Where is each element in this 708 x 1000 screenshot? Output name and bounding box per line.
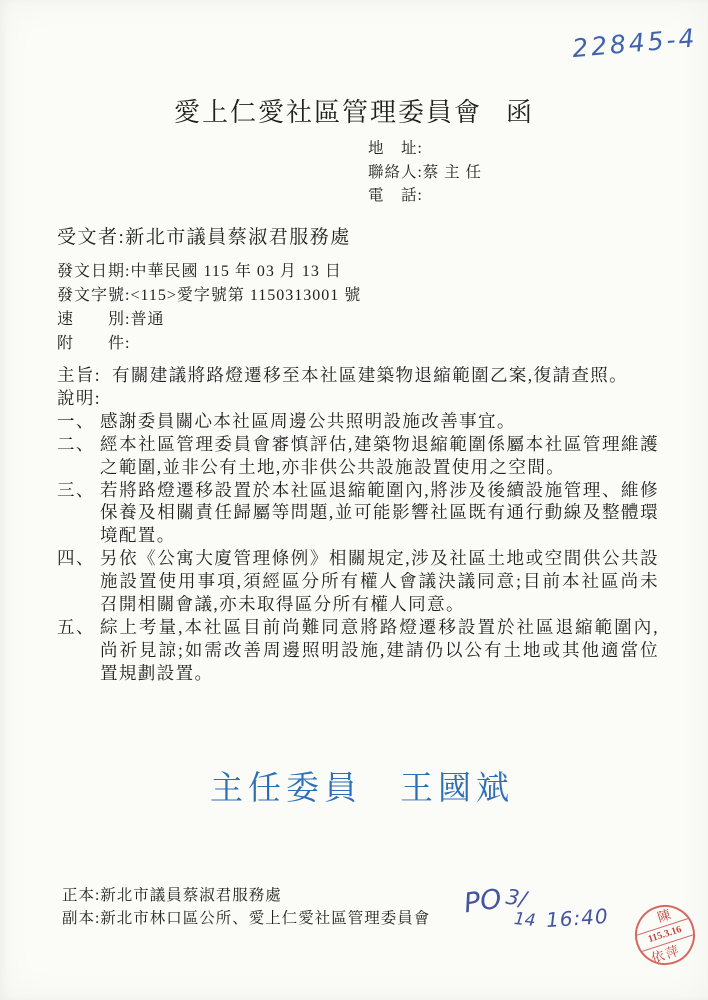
list-item: 四、 另依《公寓大廈管理條例》相關規定,涉及社區土地或空間供公共設施設置使用事項… bbox=[57, 547, 659, 616]
item-text: 綜上考量,本社區目前尚難同意將路燈遷移設置於社區退縮範圍內,尚祈見諒;如需改善周… bbox=[100, 616, 659, 685]
doc-number-line: 發文字號:<115>愛字號第 1150313001 號 bbox=[57, 284, 361, 308]
phone-line: 電 話: bbox=[368, 184, 482, 208]
handwritten-ref-number: 22845-4 bbox=[571, 22, 708, 63]
handwritten-receive-note: PO 3/ 14 16:40 bbox=[462, 884, 612, 959]
subject-text: 有關建議將路燈遷移至本社區建築物退縮範圍乙案,復請查照。 bbox=[112, 364, 659, 387]
item-text: 若將路燈遷移設置於本社區退縮範圍內,將涉及後續設施管理、維修保養及相關責任歸屬等… bbox=[100, 479, 659, 548]
meta-block: 發文日期:中華民國 115 年 03 月 13 日 發文字號:<115>愛字號第… bbox=[57, 260, 361, 356]
item-text: 另依《公寓大廈管理條例》相關規定,涉及社區土地或空間供公共設施設置使用事項,須經… bbox=[100, 547, 659, 616]
subject-row: 主旨: 有關建議將路燈遷移至本社區建築物退縮範圍乙案,復請查照。 bbox=[57, 364, 659, 387]
doc-type: 函 bbox=[506, 98, 534, 127]
issue-date-line: 發文日期:中華民國 115 年 03 月 13 日 bbox=[57, 260, 361, 284]
item-text: 經本社區管理委員會審慎評估,建築物退縮範圍係屬本社區管理維護之範圍,並非公有土地… bbox=[100, 433, 659, 479]
recipient-line: 受文者:新北市議員蔡淑君服務處 bbox=[57, 222, 351, 249]
subject-label: 主旨: bbox=[57, 364, 112, 387]
item-number: 二、 bbox=[57, 433, 100, 456]
org-name: 愛上仁愛社區管理委員會 bbox=[174, 98, 482, 127]
chairman-signature: 主任委員 王國斌 bbox=[210, 762, 514, 809]
scanned-letter-page: 22845-4 愛上仁愛社區管理委員會函 地 址: 聯絡人:蔡 主 任 電 話:… bbox=[0, 0, 708, 1000]
letter-title: 愛上仁愛社區管理委員會函 bbox=[0, 92, 708, 129]
attachment-line: 附 件: bbox=[57, 332, 361, 356]
address-line: 地 址: bbox=[368, 137, 482, 161]
item-number: 四、 bbox=[57, 547, 100, 570]
cc-copy-line: 副本:新北市林口區公所、愛上仁愛社區管理委員會 bbox=[62, 907, 430, 930]
explanation-label: 說明: bbox=[57, 387, 101, 410]
explanation-label-row: 說明: bbox=[57, 387, 659, 410]
list-item: 二、 經本社區管理委員會審慎評估,建築物退縮範圍係屬本社區管理維護之範圍,並非公… bbox=[57, 433, 659, 479]
priority-line: 速 別:普通 bbox=[57, 308, 361, 332]
copies-block: 正本:新北市議員蔡淑君服務處 副本:新北市林口區公所、愛上仁愛社區管理委員會 bbox=[62, 884, 430, 930]
item-text: 感謝委員關心本社區周邊公共照明設施改善事宜。 bbox=[100, 410, 659, 433]
original-copy-line: 正本:新北市議員蔡淑君服務處 bbox=[62, 884, 430, 907]
contact-info-block: 地 址: 聯絡人:蔡 主 任 電 話: bbox=[368, 137, 482, 208]
contact-person-line: 聯絡人:蔡 主 任 bbox=[368, 161, 482, 185]
approval-stamp-icon: 陳 115.3.16 依萍 bbox=[627, 897, 703, 973]
item-number: 一、 bbox=[57, 410, 100, 433]
item-number: 五、 bbox=[57, 616, 100, 639]
letter-body: 主旨: 有關建議將路燈遷移至本社區建築物退縮範圍乙案,復請查照。 說明: 一、 … bbox=[57, 364, 659, 685]
item-number: 三、 bbox=[57, 479, 100, 502]
list-item: 五、 綜上考量,本社區目前尚難同意將路燈遷移設置於社區退縮範圍內,尚祈見諒;如需… bbox=[57, 616, 659, 685]
list-item: 三、 若將路燈遷移設置於本社區退縮範圍內,將涉及後續設施管理、維修保養及相關責任… bbox=[57, 479, 659, 548]
list-item: 一、 感謝委員關心本社區周邊公共照明設施改善事宜。 bbox=[57, 410, 659, 433]
